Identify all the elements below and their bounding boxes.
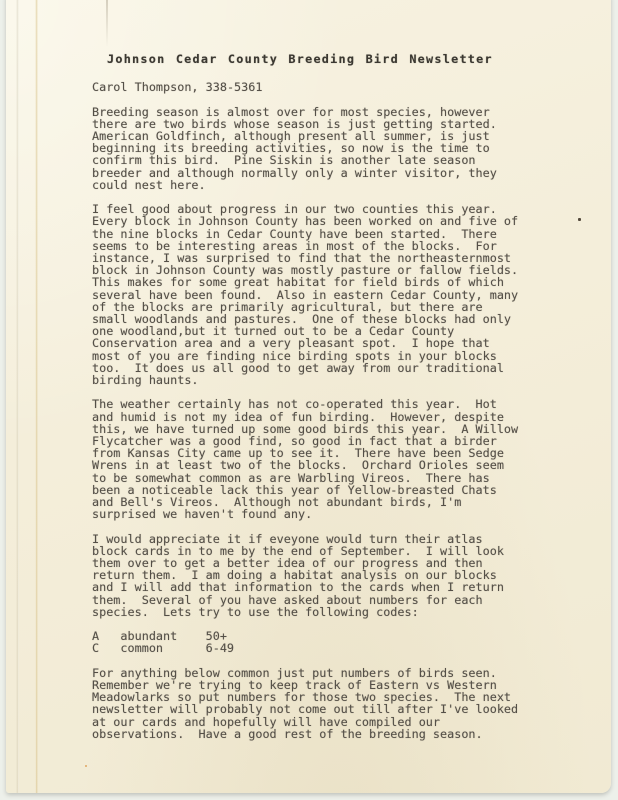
ink-speck	[578, 218, 581, 221]
paragraph-atlas-cards-request: I would appreciate it if eveyone would t…	[92, 533, 578, 618]
code-label: common	[120, 642, 205, 654]
paragraph-closing-notes: For anything below common just put numbe…	[92, 667, 578, 740]
crease-line-left-faint	[16, 0, 19, 793]
abundance-codes-list: A abundant 50+ C common 6-49	[92, 630, 578, 654]
newsletter-title: Johnson Cedar County Breeding Bird Newsl…	[107, 53, 578, 65]
code-letter: C	[92, 642, 120, 654]
paragraph-breeding-season: Breeding season is almost over for most …	[92, 106, 578, 191]
code-row-abundant: A abundant 50+	[92, 630, 578, 642]
newsletter-body: Johnson Cedar County Breeding Bird Newsl…	[92, 0, 578, 740]
paper-sheet: Johnson Cedar County Breeding Bird Newsl…	[6, 0, 611, 793]
code-row-common: C common 6-49	[92, 642, 578, 654]
scanned-newsletter: Johnson Cedar County Breeding Bird Newsl…	[0, 0, 618, 800]
code-range: 6-49	[206, 642, 234, 654]
paragraph-weather-good-birds: The weather certainly has not co-operate…	[92, 398, 578, 520]
paragraph-county-progress: I feel good about progress in our two co…	[92, 203, 578, 386]
paper-speck	[85, 765, 87, 767]
author-byline: Carol Thompson, 338-5361	[92, 81, 578, 93]
crease-line-left	[35, 0, 38, 793]
